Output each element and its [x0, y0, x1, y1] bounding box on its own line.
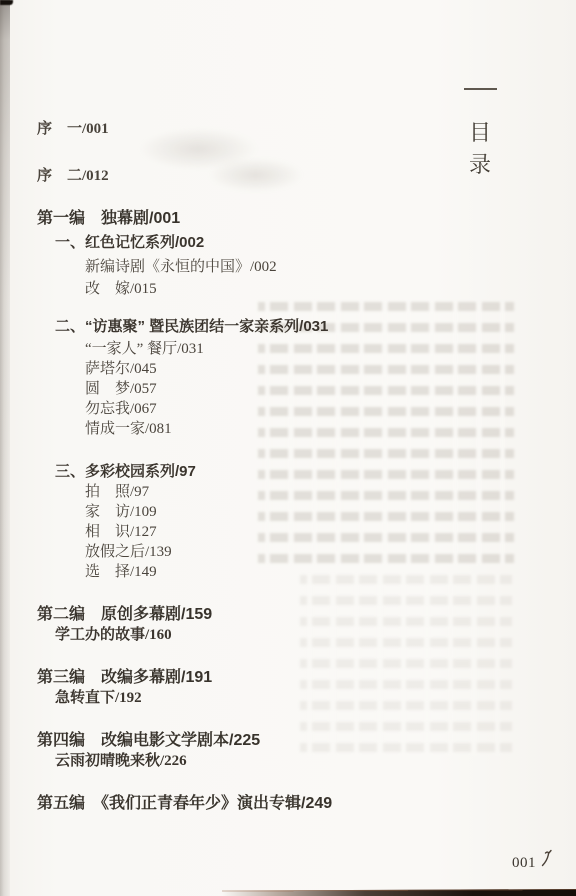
toc-entry: 相 识/127 [0, 522, 576, 542]
scanned-book-page: 目 录 序 一/001序 二/012第一编 独幕剧/001一、红色记忆系列/00… [0, 0, 576, 896]
toc-entry: “一家人” 餐厅/031 [0, 339, 576, 359]
toc-entry: 学工办的故事/160 [0, 625, 576, 645]
title-rule [464, 88, 497, 90]
toc-entry: 勿忘我/067 [0, 399, 576, 419]
toc-entry: 云雨初晴晚来秋/226 [0, 751, 576, 771]
toc-entry: 序 二/012 [0, 166, 576, 186]
toc-entry: 放假之后/139 [0, 542, 576, 562]
toc-entry: 第一编 独幕剧/001 [0, 209, 576, 229]
scan-corner-mark [0, 0, 13, 5]
folio-page-number: 001 [512, 855, 536, 872]
toc-entry: 萨塔尔/045 [0, 359, 576, 379]
toc-entry: 第三编 改编多幕剧/191 [0, 668, 576, 688]
toc-entry: 改 嫁/015 [0, 279, 576, 299]
toc-entry: 选 择/149 [0, 562, 576, 582]
toc-entry: 三、多彩校园系列/97 [0, 462, 576, 482]
toc-entry: 第五编 《我们正青春年少》演出专辑/249 [0, 794, 576, 814]
scan-bottom-edge [222, 889, 576, 896]
toc-entry: 第四编 改编电影文学剧本/225 [0, 731, 576, 751]
toc-entry: 新编诗剧《永恒的中国》/002 [0, 257, 576, 277]
toc-entry: 急转直下/192 [0, 688, 576, 708]
toc-entry: 一、红色记忆系列/002 [0, 233, 576, 253]
toc-entry: 第二编 原创多幕剧/159 [0, 605, 576, 625]
toc-entry: 序 一/001 [0, 119, 576, 139]
pen-flourish-icon [538, 849, 552, 873]
toc-entry: 拍 照/97 [0, 482, 576, 502]
table-of-contents: 序 一/001序 二/012第一编 独幕剧/001一、红色记忆系列/002新编诗… [0, 119, 576, 814]
folio: 001 [512, 853, 552, 873]
toc-entry: 情成一家/081 [0, 419, 576, 439]
toc-entry: 圆 梦/057 [0, 379, 576, 399]
toc-entry: 家 访/109 [0, 502, 576, 522]
toc-entry: 二、“访惠聚” 暨民族团结一家亲系列/031 [0, 317, 576, 337]
